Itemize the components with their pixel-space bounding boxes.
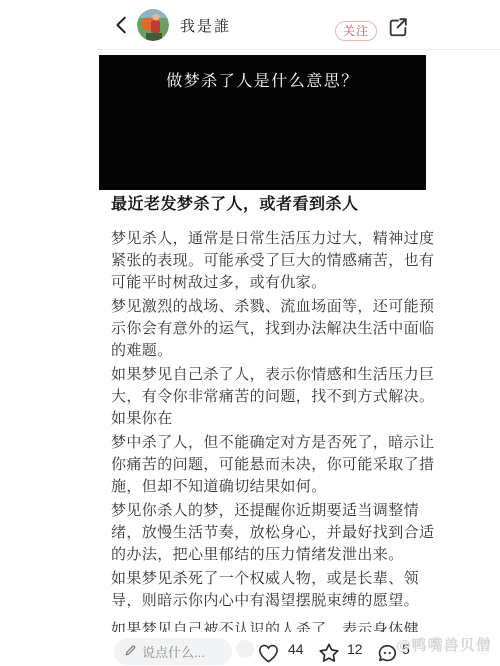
watermark: @鸭嘴兽贝僧 [396,634,492,655]
article-paragraph: 梦中杀了人，但不能确定对方是否死了，暗示让你痛苦的问题，可能悬而未决，你可能采取… [111,432,437,498]
like-button[interactable] [257,642,280,665]
comment-input[interactable]: 说点什么... [114,638,232,665]
avatar[interactable] [137,9,169,41]
cover-image[interactable]: 做梦杀了人是什么意思？ [99,55,426,190]
like-count: 44 [288,641,304,657]
header-divider [95,49,500,50]
follow-button[interactable]: 关注 [335,21,377,41]
username: 我是誰 [180,15,231,36]
watermark-blob [236,640,254,658]
article-paragraph: 梦见激烈的战场、杀戮、流血场面等，还可能预示你会有意外的运气，找到办法解决生活中… [111,296,437,362]
heart-outline-icon [257,652,280,666]
top-nav-bar: 我是誰 关注 [99,0,437,50]
post-page: 我是誰 关注 做梦杀了人是什么意思？ 最近老发梦杀了人，或者看到杀人 梦见杀人，… [0,0,500,666]
article: 最近老发梦杀了人，或者看到杀人 梦见杀人，通常是日常生活压力过大，精神过度紧张的… [111,194,437,643]
article-paragraph: 如果梦见杀死了一个权威人物，或是长辈、领导，则暗示你内心中有渴望摆脱束缚的愿望。 [111,568,437,612]
article-paragraph: 如果梦见自己杀了人，表示你情感和生活压力巨大，有令你非常痛苦的问题，找不到方式解… [111,364,437,430]
share-button[interactable] [387,16,409,38]
collect-button[interactable] [317,641,340,664]
article-title: 最近老发梦杀了人，或者看到杀人 [111,194,437,215]
article-paragraph: 梦见你杀人的梦，还提醒你近期要适当调整情绪，放慢生活节奏，放松身心，并最好找到合… [111,500,437,566]
article-paragraph: 梦见杀人，通常是日常生活压力过大，精神过度紧张的表现。可能承受了巨大的情感痛苦，… [111,228,437,294]
cover-caption: 做梦杀了人是什么意思？ [99,55,426,91]
star-outline-icon [317,652,341,666]
back-button[interactable] [111,14,133,36]
chevron-left-icon [111,23,133,40]
collect-count: 12 [347,641,363,657]
share-external-icon [387,25,409,42]
bottom-action-bar: 说点什么... 44 12 [0,632,500,666]
comment-placeholder: 说点什么... [142,642,205,661]
pencil-icon [124,644,137,660]
